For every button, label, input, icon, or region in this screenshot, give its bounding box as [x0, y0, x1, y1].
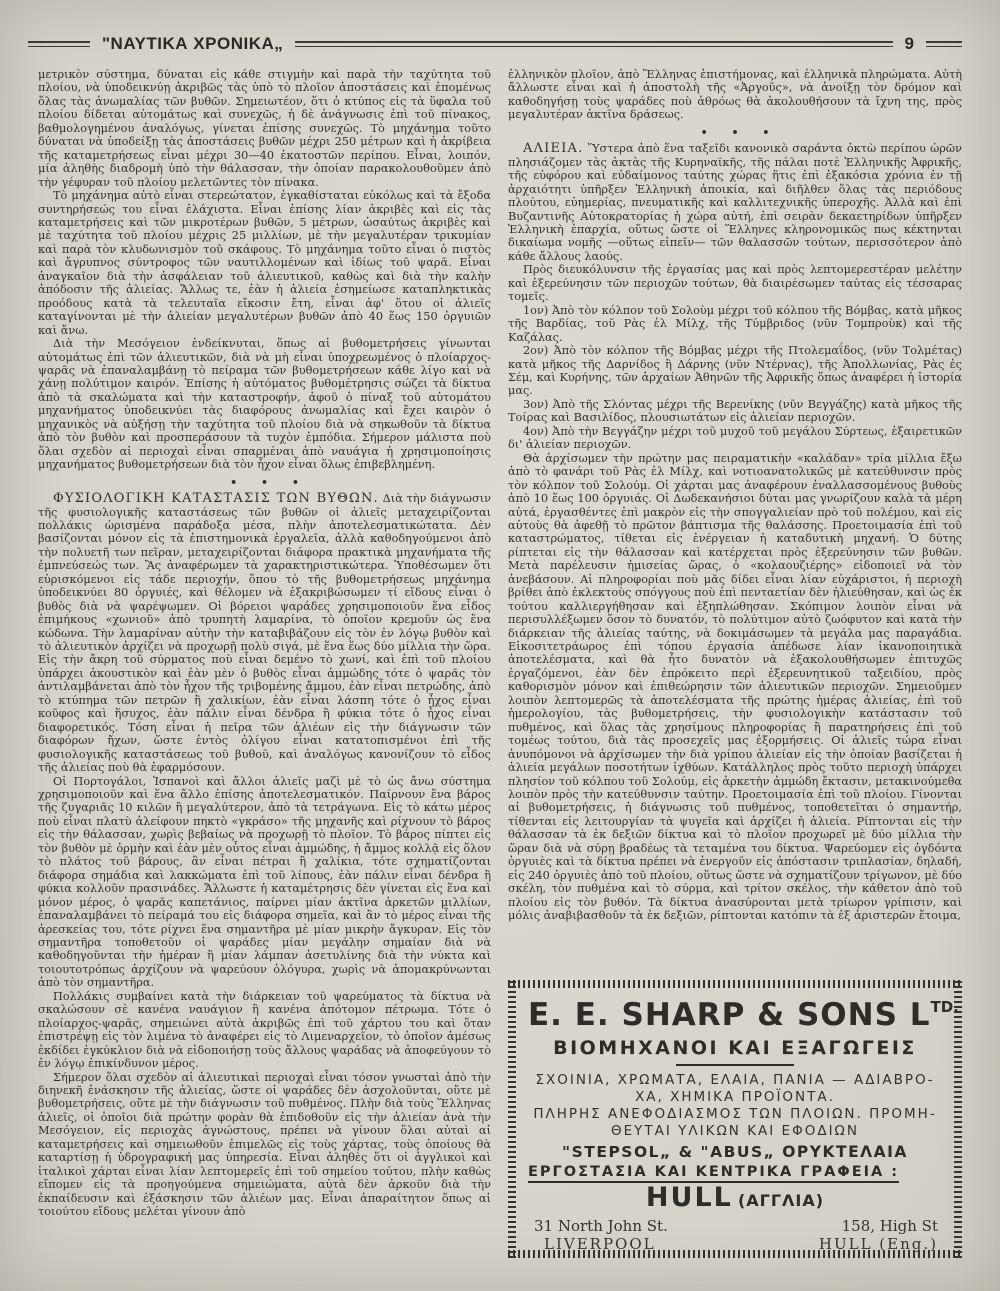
right-column-text: ἑλληνικὸν πλοῖον, ἀπὸ Ἕλληνας ἐπιστήμονα… — [508, 68, 962, 973]
list-item: 2ον) Ἀπὸ τὸν κόλπον τῆς Βόμβας μέχρι τῆς… — [508, 344, 962, 398]
ad-supply-line: ΘΕΥΤΑΙ ΥΛΙΚΩΝ ΚΑΙ ΕΦΟΔΙΩΝ — [528, 1123, 942, 1140]
header-rule-right — [926, 41, 962, 47]
section-heading: ΦΥΣΙΟΛΟΓΙΚΗ ΚΑΤΑΣΤΑΣΙΣ ΤΩΝ ΒΥΘΩΝ. — [53, 491, 379, 506]
paragraph-text: Ὕστερα ἀπὸ ἕνα ταξεῖδι κανονικὸ σαράντα … — [508, 142, 962, 263]
paragraph: Θὰ ἀρχίσωμεν τὴν πρώτην μας πειραματικὴν… — [508, 452, 962, 923]
paragraph: Σήμερον ὅλαι σχεδὸν αἱ ἁλιευτικαὶ περιοχ… — [38, 1071, 491, 1219]
paragraph-text: ἑλληνικὸν πλοῖον, ἀπὸ Ἕλληνας ἐπιστήμονα… — [508, 68, 962, 121]
ad-border-left — [508, 980, 516, 1258]
list-item: 3ον) Ἀπὸ τῆς Σλόντας μέχρι τῆς Βερενίκης… — [508, 398, 962, 425]
paragraph: μετρικὸν σύστημα, δύναται εἰς κάθε στιγμ… — [38, 68, 491, 189]
paragraph-text: 2ον) Ἀπὸ τὸν κόλπον τῆς Βόμβας μέχρι τῆς… — [508, 344, 962, 397]
paragraph-text: Σήμερον ὅλαι σχεδὸν αἱ ἁλιευτικαὶ περιοχ… — [38, 1071, 491, 1219]
advertisement-sharp-sons: E. E. SHARP & SONS LTD. ΒΙΟΜΗΧΑΝΟΙ ΚΑΙ Ε… — [508, 980, 962, 1258]
paragraph-text: 1ον) Ἀπὸ τὸν κόλπον τοῦ Σολοὺμ μέχρι τοῦ… — [508, 304, 962, 344]
magazine-title: "ΝΑΥΤΙΚΑ ΧΡΟΝΙΚΑ„ — [102, 34, 283, 54]
list-item: 4ον) Ἀπὸ τὴν Βεγγάζην μέχρι τοῦ μυχοῦ το… — [508, 425, 962, 452]
ad-brands: "STEPSOL„ & "ABUS„ ΟΡΥΚΤΕΛΑΙΑ — [528, 1143, 942, 1161]
paragraph: Διὰ τὴν Μεσόγειον ἐνδείκνυται, ὅπως αἱ β… — [38, 337, 491, 472]
paragraph-text: 3ον) Ἀπὸ τῆς Σλόντας μέχρι τῆς Βερενίκης… — [508, 398, 962, 424]
section-separator: • • • — [38, 472, 491, 492]
ad-address-hull: 158, High St HULL (Eng.) — [819, 1217, 942, 1253]
ad-products-line: ΧΑ, ΧΗΜΙΚΑ ΠΡΟΪΟΝΤΑ. — [528, 1089, 942, 1106]
right-column: ἑλληνικὸν πλοῖον, ἀπὸ Ἕλληνας ἐπιστήμονα… — [508, 68, 962, 1263]
ad-border-right — [954, 980, 962, 1258]
paragraph-text: Πολλάκις συμβαίνει κατὰ τὴν διάρκειαν το… — [38, 990, 491, 1070]
paragraph-text: Θὰ ἀρχίσωμεν τὴν πρώτην μας πειραματικὴν… — [508, 452, 962, 922]
paragraph: Πολλάκις συμβαίνει κατὰ τὴν διάρκειαν το… — [38, 990, 491, 1071]
paragraph-text: Διὰ τὴν διάγνωσιν τῆς φυσιολογικῆς κατασ… — [38, 492, 491, 774]
paragraph-text: μετρικὸν σύστημα, δύναται εἰς κάθε στιγμ… — [38, 68, 491, 189]
paragraph-text: 4ον) Ἀπὸ τὴν Βεγγάζην μέχρι τοῦ μυχοῦ το… — [508, 425, 962, 451]
paragraph: Οἱ Πορτογάλοι, Ἱσπανοὶ καὶ ἄλλοι ἁλιεῖς … — [38, 775, 491, 990]
header-rule-middle — [295, 41, 892, 47]
ad-supply-line: ΠΛΗΡΗΣ ΑΝΕΦΟΔΙΑΣΜΟΣ ΤΩΝ ΠΛΟΙΩΝ. ΠΡΟΜΗ- — [528, 1106, 942, 1123]
ad-company-name: E. E. SHARP & SONS LTD. — [528, 997, 942, 1033]
columns: μετρικὸν σύστημα, δύναται εἰς κάθε στιγμ… — [0, 60, 1000, 1263]
ad-city-label: HULL (Eng.) — [819, 1235, 938, 1253]
ad-offices-label: ΕΡΓΟΣΤΑΣΙΑ ΚΑΙ ΚΕΝΤΡΙΚΑ ΓΡΑΦΕΙΑ : — [528, 1164, 942, 1180]
list-item: 1ον) Ἀπὸ τὸν κόλπον τοῦ Σολοὺμ μέχρι τοῦ… — [508, 304, 962, 344]
ad-offices-label-text: ΕΡΓΟΣΤΑΣΙΑ ΚΑΙ ΚΕΝΤΡΙΚΑ ΓΡΑΦΕΙΑ : — [528, 1164, 899, 1183]
section-heading: ΑΛΙΕΙΑ. — [523, 141, 583, 156]
left-column: μετρικὸν σύστημα, δύναται εἰς κάθε στιγμ… — [38, 68, 491, 1263]
paragraph: Τὸ μηχάνημα αὐτὸ εἶναι στερεώτατον, ἐγκα… — [38, 189, 491, 337]
ad-products-line: ΣΧΟΙΝΙΑ, ΧΡΩΜΑΤΑ, ΕΛΑΙΑ, ΠΑΝΙΑ — ΑΔΙΑΒΡΟ… — [528, 1072, 942, 1089]
paragraph: Πρὸς διευκόλυνσιν τῆς ἐργασίας μας καὶ π… — [508, 263, 962, 303]
ad-city-country: (ΑΓΓΛΙΑ) — [738, 1191, 824, 1210]
header-rule-left — [28, 41, 90, 47]
page-header: "ΝΑΥΤΙΚΑ ΧΡΟΝΙΚΑ„ 9 — [0, 0, 1000, 60]
paragraph: ἑλληνικὸν πλοῖον, ἀπὸ Ἕλληνας ἐπιστήμονα… — [508, 68, 962, 122]
paragraph-text: Οἱ Πορτογάλοι, Ἱσπανοὶ καὶ ἄλλοι ἁλιεῖς … — [38, 775, 491, 990]
paragraph: ΦΥΣΙΟΛΟΓΙΚΗ ΚΑΤΑΣΤΑΣΙΣ ΤΩΝ ΒΥΘΩΝ. Διὰ τὴ… — [38, 492, 491, 775]
ad-city-name: HULL — [646, 1182, 733, 1213]
ad-street: 31 North John St. — [534, 1217, 668, 1235]
ad-subtitle: ΒΙΟΜΗΧΑΝΟΙ ΚΑΙ ΕΞΑΓΩΓΕΙΣ — [528, 1037, 942, 1059]
ad-city-label: LIVERPOOL — [534, 1235, 668, 1253]
ad-company-name-text: E. E. SHARP & SONS L — [528, 997, 930, 1033]
ad-city: HULL (ΑΓΓΛΙΑ) — [528, 1182, 942, 1213]
paragraph-text: Πρὸς διευκόλυνσιν τῆς ἐργασίας μας καὶ π… — [508, 263, 962, 303]
ad-divider-rule — [676, 1064, 794, 1066]
page-number: 9 — [905, 34, 914, 54]
magazine-page: "ΝΑΥΤΙΚΑ ΧΡΟΝΙΚΑ„ 9 μετρικὸν σύστημα, δύ… — [0, 0, 1000, 1291]
section-separator: • • • — [508, 122, 962, 142]
ad-addresses: 31 North John St. LIVERPOOL 158, High St… — [528, 1217, 942, 1253]
paragraph-text: Τὸ μηχάνημα αὐτὸ εἶναι στερεώτατον, ἐγκα… — [38, 189, 491, 337]
ad-telegrams-line: ΤΗΛΕΓΡΑΦΗΜΑΤΑ: «ACUTE» LIVERPOOL — [528, 1256, 942, 1258]
paragraph: ΑΛΙΕΙΑ. Ὕστερα ἀπὸ ἕνα ταξεῖδι κανονικὸ … — [508, 142, 962, 263]
paragraph-text: Διὰ τὴν Μεσόγειον ἐνδείκνυται, ὅπως αἱ β… — [38, 337, 491, 471]
ad-street: 158, High St — [819, 1217, 938, 1235]
ad-address-liverpool: 31 North John St. LIVERPOOL — [528, 1217, 668, 1253]
